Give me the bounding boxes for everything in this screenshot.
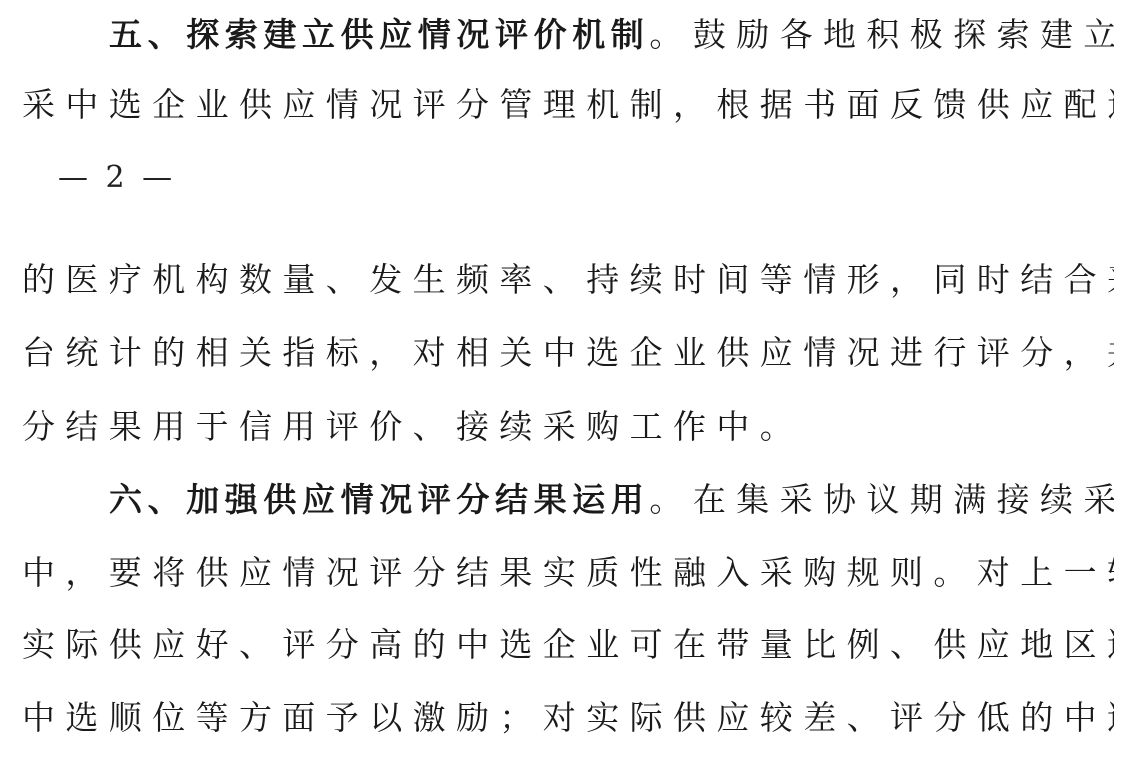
section5-body-start: 鼓励各地积极探索建立集	[693, 15, 1114, 54]
section5-heading-period: 。	[649, 15, 692, 54]
continued-line-2: 台统计的相关指标，对相关中选企业供应情况进行评分，并将评	[22, 328, 1114, 378]
section6-heading: 六、加强供应情况评分结果运用	[109, 480, 649, 519]
section5-line-2: 采中选企业供应情况评分管理机制，根据书面反馈供应配送问题	[22, 80, 1114, 130]
section5-first-line: 五、探索建立供应情况评价机制。鼓励各地积极探索建立集	[22, 10, 1114, 60]
continued-line-3: 分结果用于信用评价、接续采购工作中。	[22, 402, 1114, 452]
continued-line-1: 的医疗机构数量、发生频率、持续时间等情形，同时结合采购平	[22, 255, 1114, 305]
section6-first-line: 六、加强供应情况评分结果运用。在集采协议期满接续采购	[22, 475, 1114, 525]
document-page: 五、探索建立供应情况评价机制。鼓励各地积极探索建立集 采中选企业供应情况评分管理…	[0, 0, 1131, 759]
section6-line-2: 中，要将供应情况评分结果实质性融入采购规则。对上一轮集采	[22, 548, 1114, 598]
section6-line-4: 中选顺位等方面予以激励；对实际供应较差、评分低的中选企业	[22, 693, 1114, 743]
page-number: — 2 —	[58, 158, 176, 198]
section5-heading: 五、探索建立供应情况评价机制	[109, 15, 649, 54]
section6-line-3: 实际供应好、评分高的中选企业可在带量比例、供应地区选择、	[22, 620, 1114, 670]
section6-heading-period: 。	[649, 480, 692, 519]
page-break	[0, 212, 1131, 232]
section6-body-start: 在集采协议期满接续采购	[693, 480, 1114, 519]
